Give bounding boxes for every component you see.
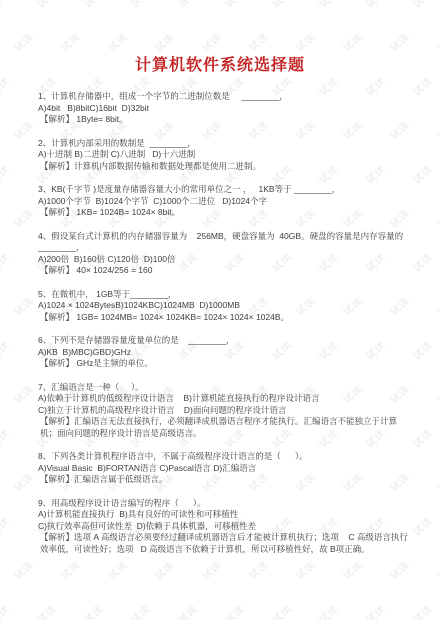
analysis-text: 【解析】 1Byte= 8bit。 — [38, 114, 410, 126]
question-block: 8、下列各类计算机程序语言中，不属于高级程序设计语言的是（ ）。A)Visual… — [38, 451, 410, 486]
watermark-text: 试读 — [268, 601, 294, 620]
watermark-text: 试读 — [409, 601, 435, 620]
analysis-text: 【解析】汇编语言属于低级语言。 — [38, 474, 410, 486]
question-text: 9、用高级程序设计语言编写的程序（ ）。 — [38, 498, 410, 510]
options-line: A)1024 × 1024BytesB)1024KBC)1024MB D)100… — [38, 300, 410, 312]
options-line: A)200倍 B)160倍 C)120倍 D)100倍 — [38, 254, 410, 266]
watermark-text: 试读 — [433, 557, 440, 583]
options-line: A)计算机能直接执行 B)具有良好的可读性和可移植性 — [38, 509, 410, 521]
document-content: 计算机软件系统选择题 1、计算机存储器中，组成一个字节的二进制位数是 _____… — [0, 0, 440, 555]
watermark-text: 试读 — [10, 557, 36, 583]
questions-list: 1、计算机存储器中，组成一个字节的二进制位数是 ________，A)4bit … — [38, 91, 410, 555]
watermark-text: 试读 — [221, 601, 247, 620]
question-text: 2、计算机内部采用的数制是 ________， — [38, 138, 410, 150]
watermark-text: 试读 — [386, 557, 412, 583]
question-text: 7、汇编语言是一种（ ）。 — [38, 382, 410, 394]
question-block: 4、假设某台式计算机的内存储器容量为 256MB，硬盘容量为 40GB。硬盘的容… — [38, 231, 410, 277]
question-block: 5、在微机中， 1GB等于________，A)1024 × 1024Bytes… — [38, 289, 410, 324]
analysis-text: 【解析】 GHz是主频的单位。 — [38, 358, 410, 370]
question-block: 1、计算机存储器中，组成一个字节的二进制位数是 ________，A)4bit … — [38, 91, 410, 126]
watermark-text: 试读 — [198, 557, 224, 583]
options-line: A)依赖于计算机的低级程序设计语言 B)计算机能直接执行的程序设计语言 — [38, 393, 410, 405]
watermark-text: 试读 — [33, 601, 59, 620]
question-text: 3、KB(千字节 )是度量存储器容量大小的常用单位之一 ， 1KB等于 ____… — [38, 184, 410, 196]
analysis-text: 【解析】 1GB= 1024MB= 1024× 1024KB= 1024× 10… — [38, 312, 410, 324]
options-line: A)1000个字节 B)1024个字节 C)1000个二进位 D)1024个字 — [38, 196, 410, 208]
options-line: A)4bit B)8bitC)16bit D)32bit — [38, 103, 410, 115]
question-block: 3、KB(千字节 )是度量存储器容量大小的常用单位之一 ， 1KB等于 ____… — [38, 184, 410, 219]
options-line: C)执行效率高但可读性差 D)依赖于具体机器，可移植性差 — [38, 521, 410, 533]
question-block: 7、汇编语言是一种（ ）。A)依赖于计算机的低级程序设计语言 B)计算机能直接执… — [38, 382, 410, 440]
watermark-text: 试读 — [174, 601, 200, 620]
question-text: 4、假设某台式计算机的内存储器容量为 256MB，硬盘容量为 40GB。硬盘的容… — [38, 231, 410, 254]
watermark-text: 试读 — [0, 601, 12, 620]
watermark-text: 试读 — [315, 601, 341, 620]
question-text: 8、下列各类计算机程序语言中，不属于高级程序设计语言的是（ ）。 — [38, 451, 410, 463]
options-line: A)十进制 B)二进制 C)八进制 D)十六进制 — [38, 149, 410, 161]
watermark-text: 试读 — [57, 557, 83, 583]
options-line: C)独立于计算机的高级程序设计语言 D)面向问题的程序设计语言 — [38, 405, 410, 417]
watermark-text: 试读 — [80, 601, 106, 620]
options-line: A)KB B)MBC)GBD)GHz — [38, 347, 410, 359]
question-text: 5、在微机中， 1GB等于________， — [38, 289, 410, 301]
analysis-text: 【解析】 1KB= 1024B= 1024× 8bit。 — [38, 207, 410, 219]
options-line: A)Visual Basic B)FORTAN语言 C)Pascal语言 D)汇… — [38, 463, 410, 475]
question-block: 2、计算机内部采用的数制是 ________，A)十进制 B)二进制 C)八进制… — [38, 138, 410, 173]
analysis-text: 【解析】 40× 1024/256 = 160 — [38, 265, 410, 277]
watermark-text: 试读 — [292, 557, 318, 583]
document-page: 试读试读试读试读试读试读试读试读试读试读试读试读试读试读试读试读试读试读试读试读… — [0, 0, 440, 620]
question-block: 6、下列不是存储器容量度量单位的是 ________，A)KB B)MBC)GB… — [38, 335, 410, 370]
analysis-text: 【解析】汇编语言无法直接执行，必须翻译成机器语言程序才能执行。汇编语言不能独立于… — [38, 416, 410, 439]
page-title: 计算机软件系统选择题 — [38, 52, 402, 75]
analysis-text: 【解析】选项 A 高级语言必须要经过翻译成机器语言后才能被计算机执行；选项 C … — [38, 532, 410, 555]
watermark-text: 试读 — [104, 557, 130, 583]
watermark-text: 试读 — [339, 557, 365, 583]
watermark-text: 试读 — [245, 557, 271, 583]
question-text: 1、计算机存储器中，组成一个字节的二进制位数是 ________， — [38, 91, 410, 103]
question-text: 6、下列不是存储器容量度量单位的是 ________， — [38, 335, 410, 347]
question-block: 9、用高级程序设计语言编写的程序（ ）。A)计算机能直接执行 B)具有良好的可读… — [38, 498, 410, 556]
watermark-text: 试读 — [151, 557, 177, 583]
watermark-text: 试读 — [127, 601, 153, 620]
analysis-text: 【解析】计算机内部数据传输和数据处理都是使用二进制。 — [38, 161, 410, 173]
watermark-text: 试读 — [362, 601, 388, 620]
